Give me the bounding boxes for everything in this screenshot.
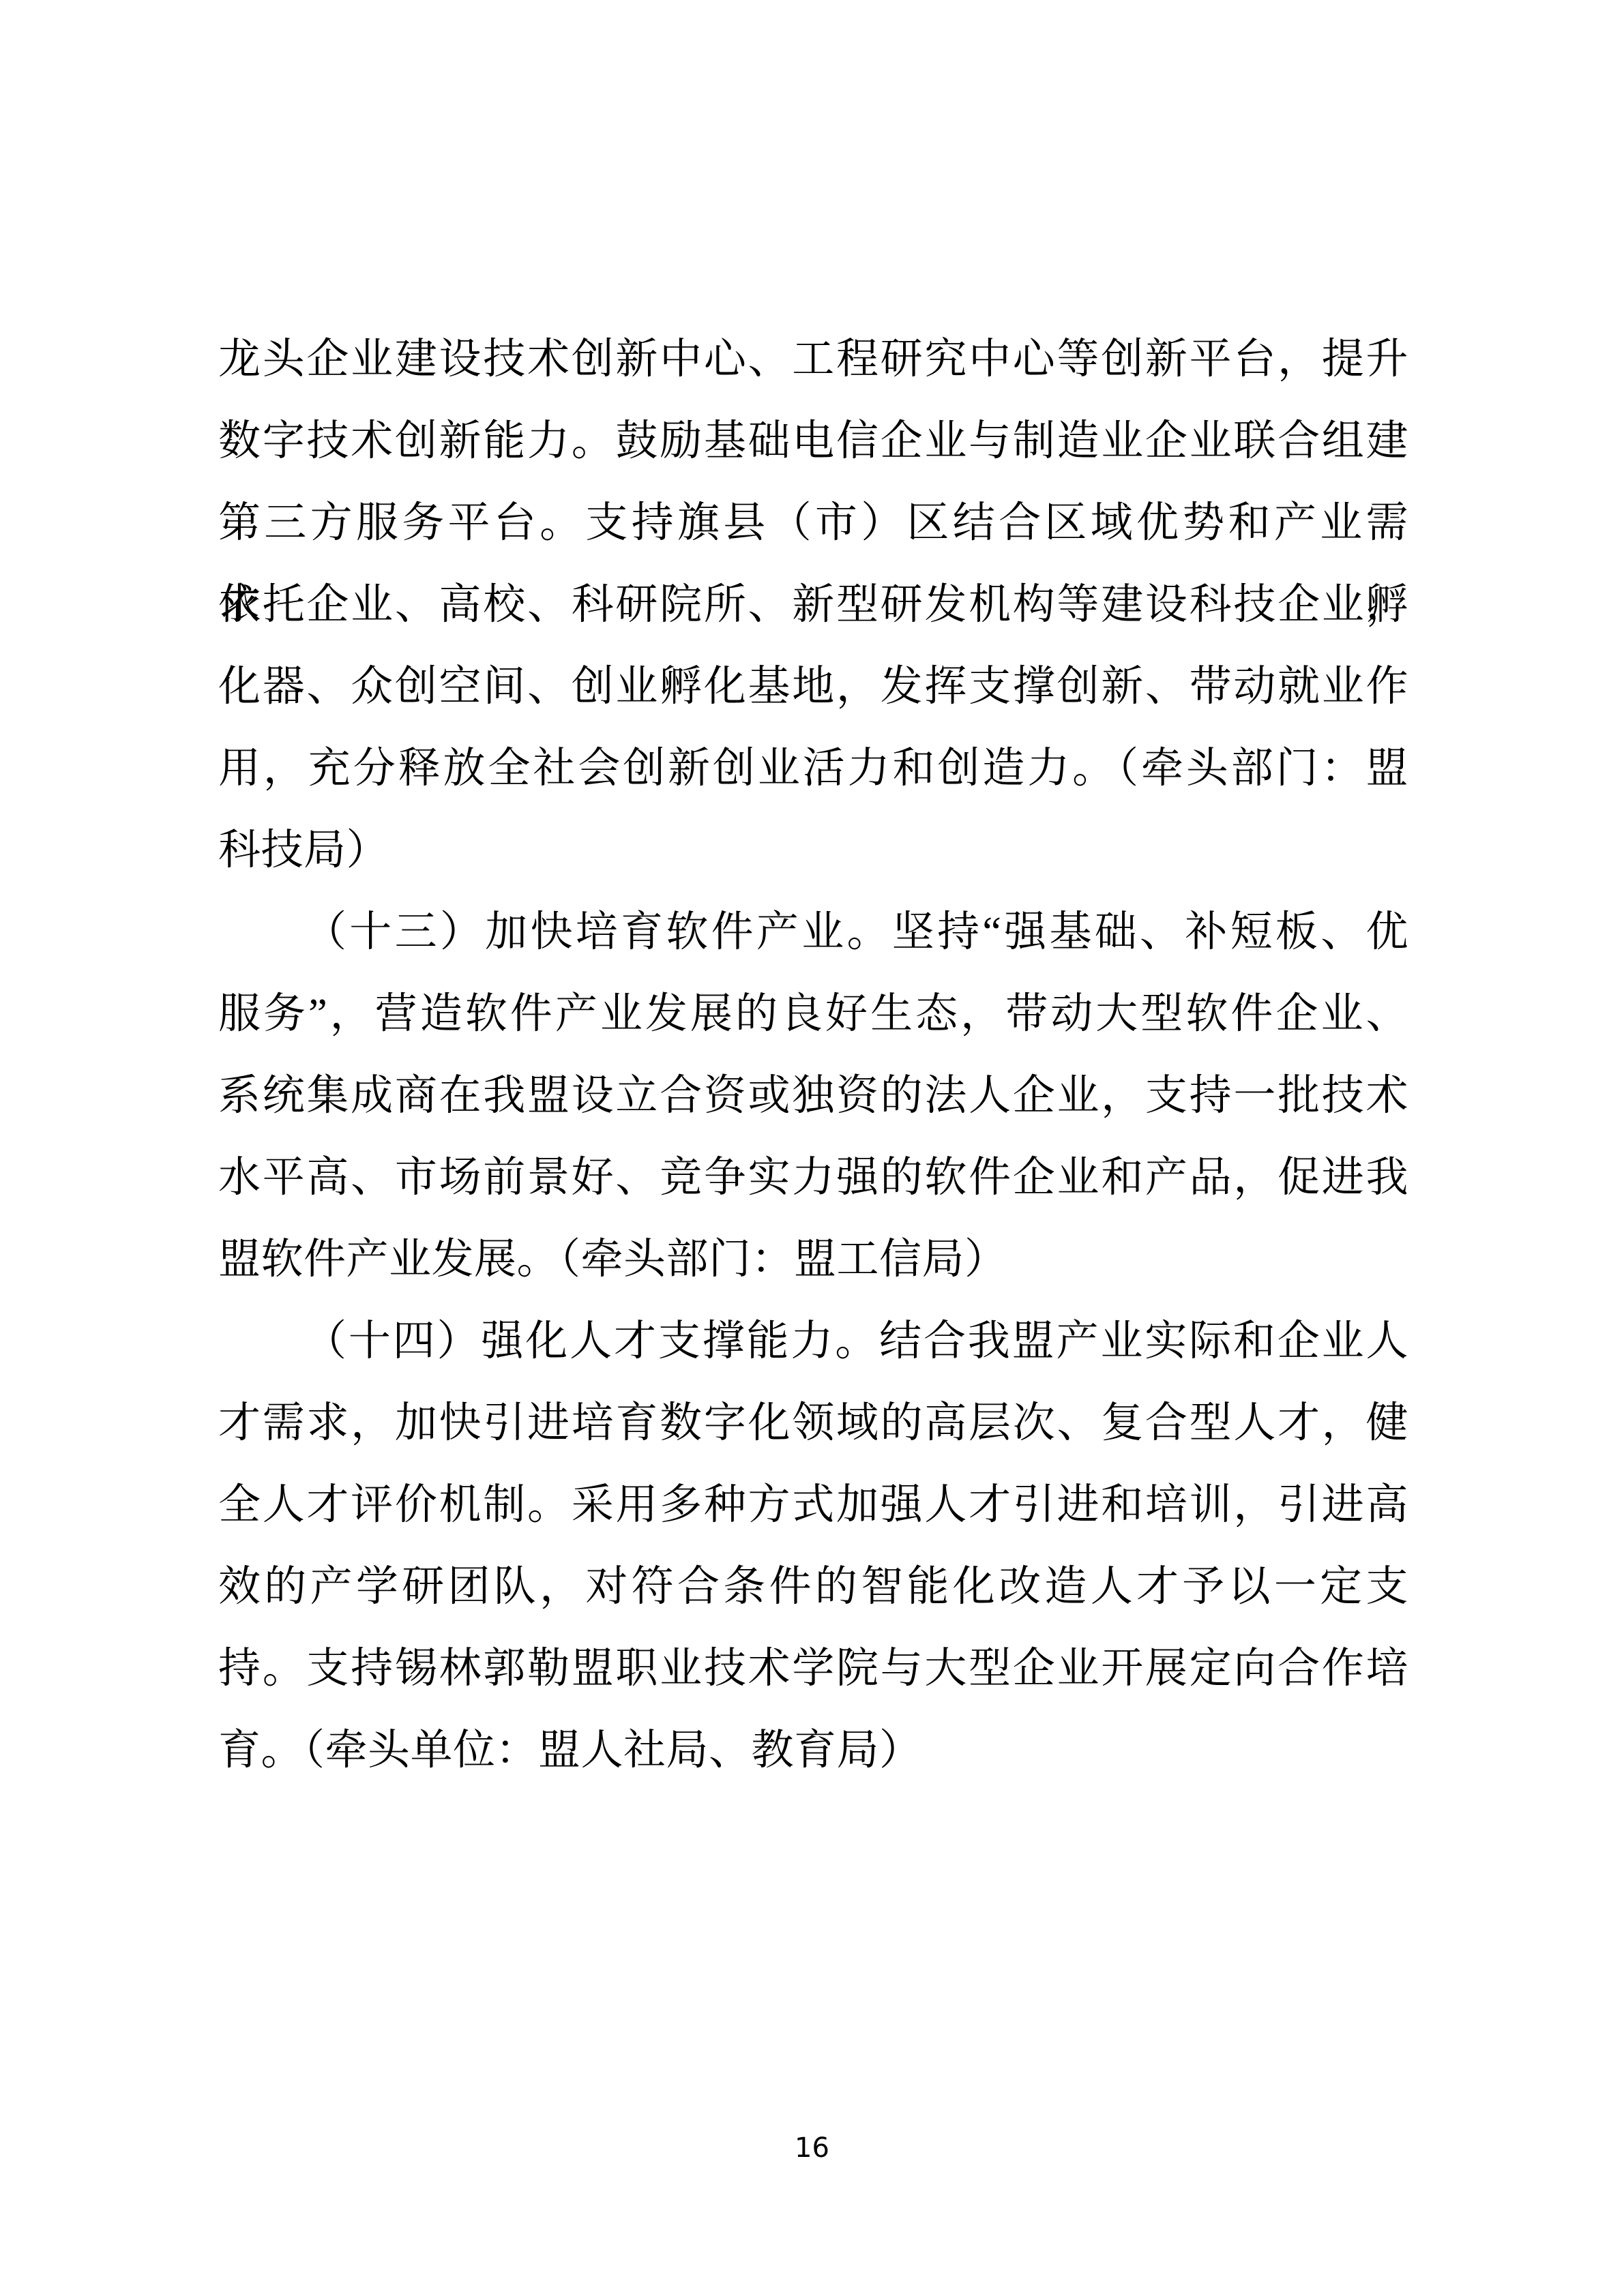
text-line: 依托企业、高校、科研院所、新型研发机构等建设科技企业孵 (218, 564, 1408, 646)
text-line: 系统集成商在我盟设立合资或独资的法人企业，支持一批技术 (218, 1055, 1408, 1137)
text-line: 持。支持锡林郭勒盟职业技术学院与大型企业开展定向合作培 (218, 1628, 1408, 1710)
text-line: 全人才评价机制。采用多种方式加强人才引进和培训，引进高 (218, 1464, 1408, 1546)
paragraph-item-13: （十三）加快培育软件产业。坚持“强基础、补短板、优服务”，营造软件产业发展的良好… (218, 891, 1408, 1300)
text-line: 数字技术创新能力。鼓励基础电信企业与制造业企业联合组建 (218, 400, 1408, 482)
text-line: （十三）加快培育软件产业。坚持“强基础、补短板、优 (218, 891, 1408, 973)
text-line: 用，充分释放全社会创新创业活力和创造力。（牵头部门：盟 (218, 728, 1408, 809)
text-block: 龙头企业建设技术创新中心、工程研究中心等创新平台，提升数字技术创新能力。鼓励基础… (218, 318, 1408, 1791)
text-line: 才需求，加快引进培育数字化领域的高层次、复合型人才，健 (218, 1382, 1408, 1464)
text-line: 水平高、市场前景好、竞争实力强的软件企业和产品，促进我 (218, 1137, 1408, 1219)
text-line: 化器、众创空间、创业孵化基地，发挥支撑创新、带动就业作 (218, 646, 1408, 728)
paragraph-continuation: 龙头企业建设技术创新中心、工程研究中心等创新平台，提升数字技术创新能力。鼓励基础… (218, 318, 1408, 891)
paragraph-item-14: （十四）强化人才支撑能力。结合我盟产业实际和企业人才需求，加快引进培育数字化领域… (218, 1300, 1408, 1791)
text-line: 盟软件产业发展。（牵头部门：盟工信局） (218, 1219, 1408, 1300)
text-line: 第三方服务平台。支持旗县（市）区结合区域优势和产业需求， (218, 482, 1408, 564)
page-number: 16 (0, 2132, 1624, 2164)
text-line: 效的产学研团队，对符合条件的智能化改造人才予以一定支 (218, 1546, 1408, 1628)
text-line: （十四）强化人才支撑能力。结合我盟产业实际和企业人 (218, 1300, 1408, 1382)
document-page: 龙头企业建设技术创新中心、工程研究中心等创新平台，提升数字技术创新能力。鼓励基础… (0, 0, 1624, 2296)
text-line: 龙头企业建设技术创新中心、工程研究中心等创新平台，提升 (218, 318, 1408, 400)
text-line: 服务”，营造软件产业发展的良好生态，带动大型软件企业、 (218, 973, 1408, 1055)
text-line: 育。（牵头单位：盟人社局、教育局） (218, 1710, 1408, 1791)
text-line: 科技局） (218, 809, 1408, 891)
